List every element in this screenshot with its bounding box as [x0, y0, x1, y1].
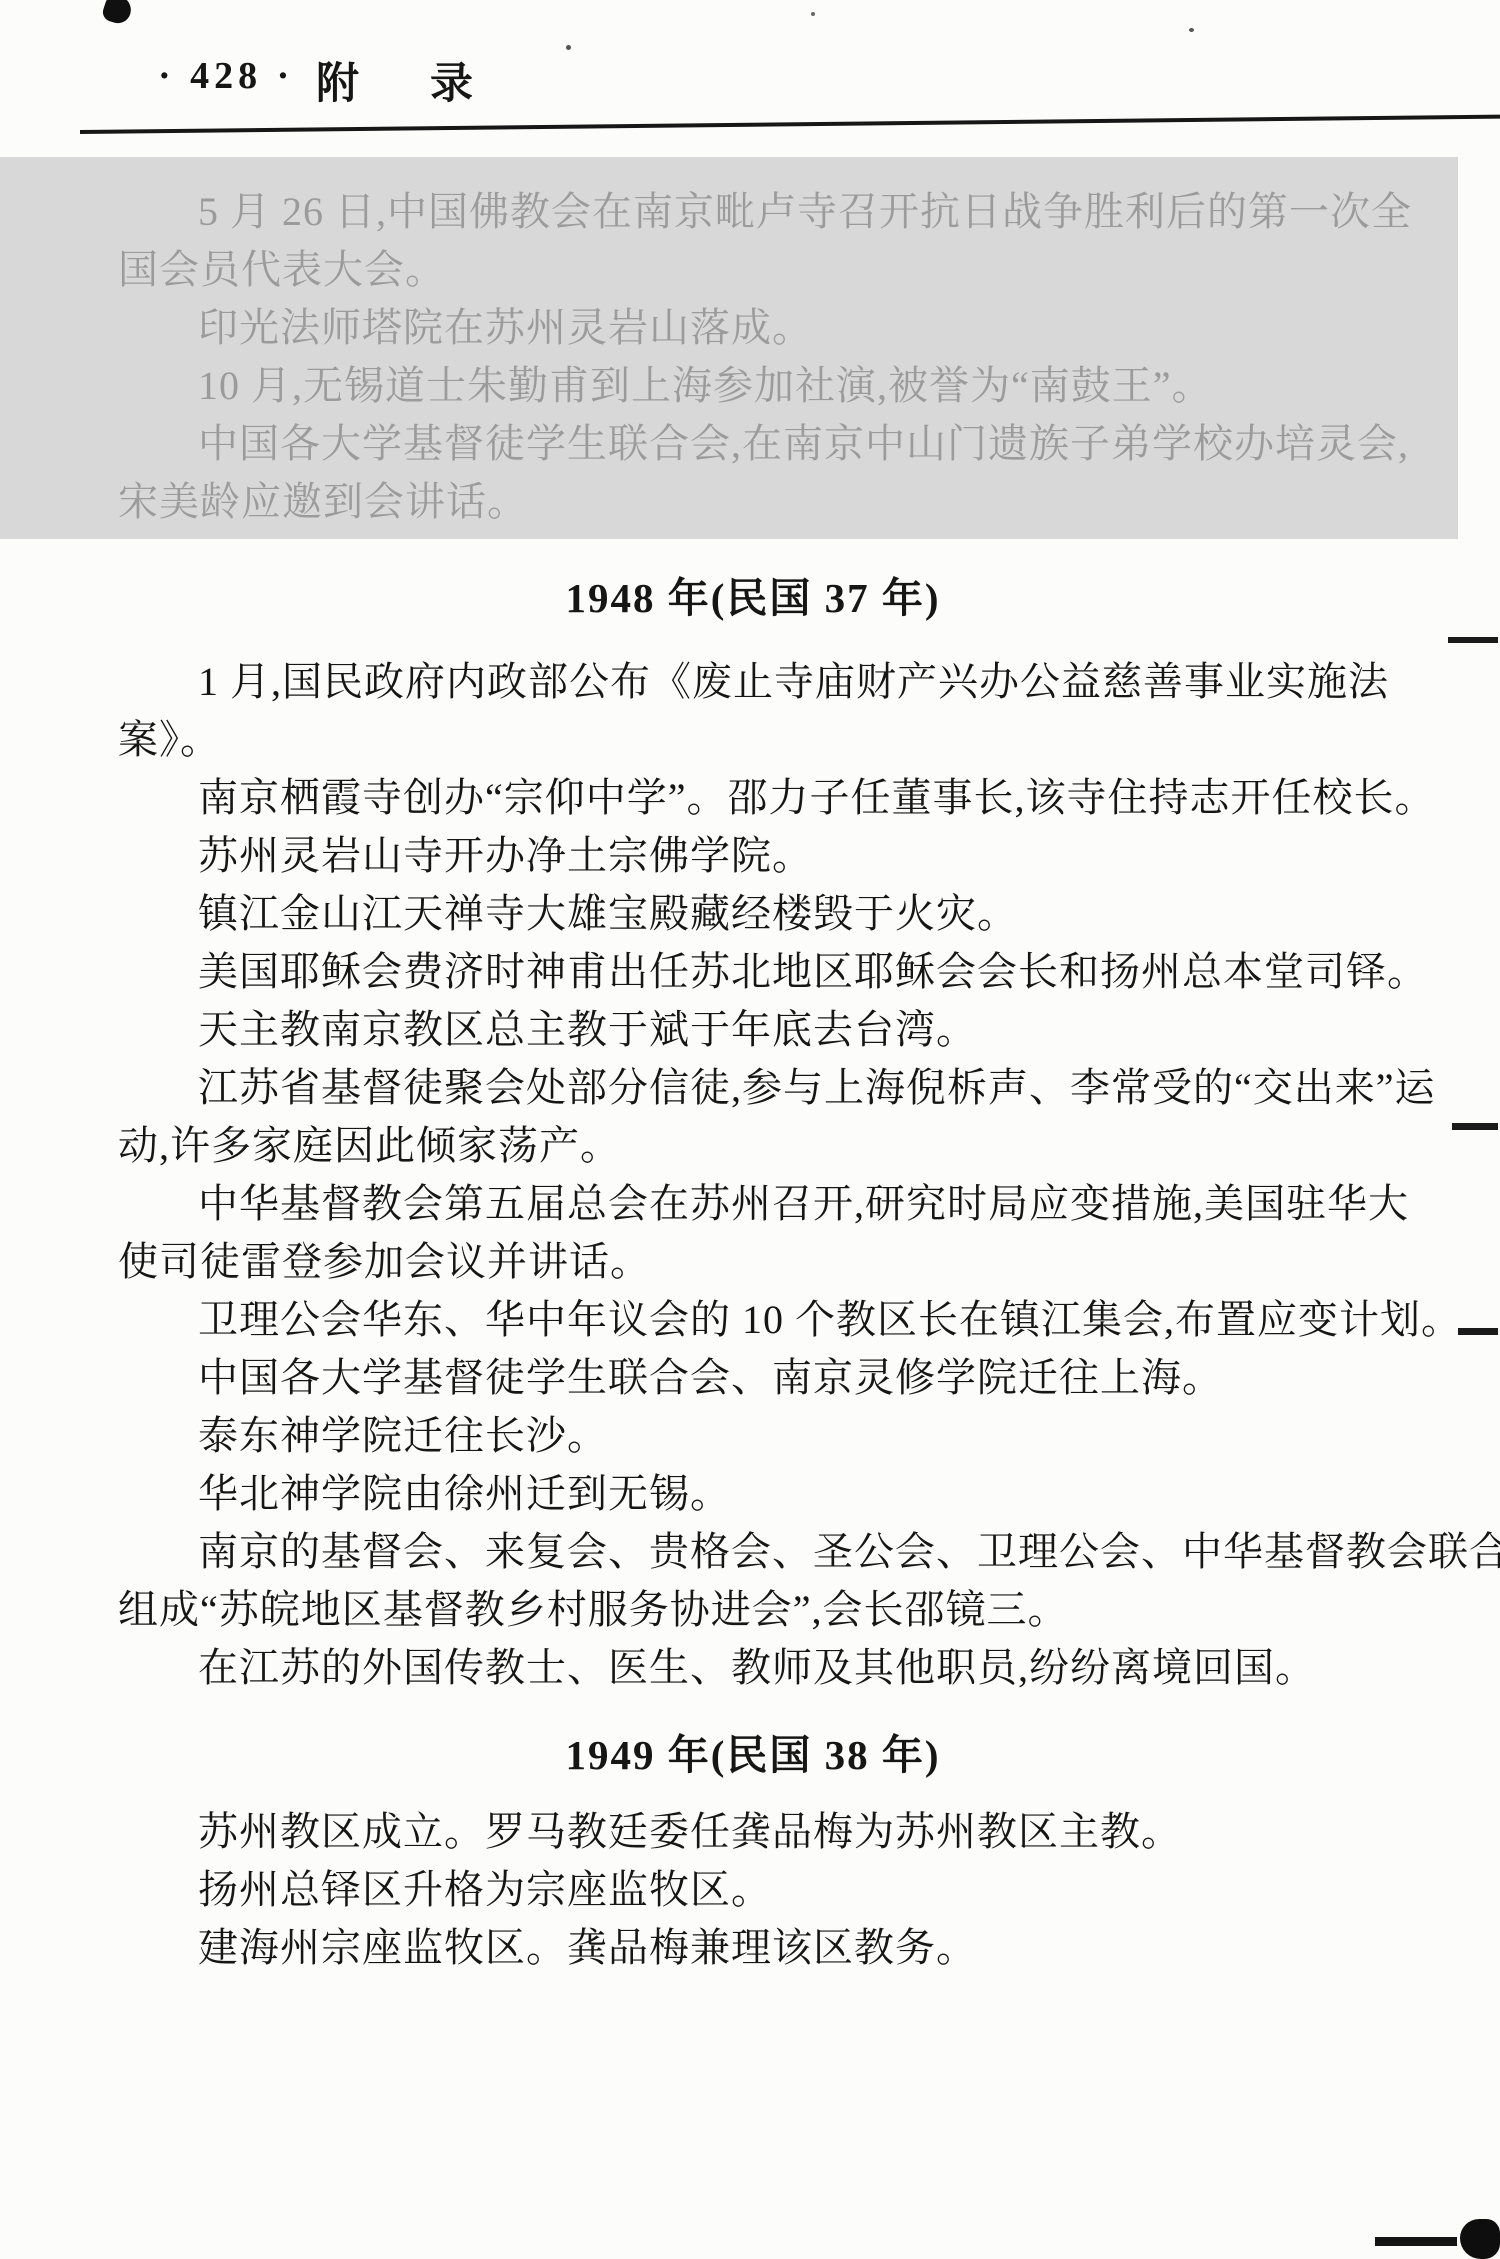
text-line: 苏州灵岩山寺开办净土宗佛学院。 — [118, 827, 1388, 885]
text-line: 华北神学院由徐州迁到无锡。 — [118, 1465, 1388, 1523]
scan-artifact-speck — [566, 45, 571, 50]
scan-artifact-dash — [1448, 637, 1498, 643]
text-line: 苏州教区成立。罗马教廷委任龚品梅为苏州教区主教。 — [118, 1803, 1388, 1861]
text-line: 组成“苏皖地区基督教乡村服务协进会”,会长邵镜三。 — [118, 1581, 1388, 1639]
text-line: 1 月,国民政府内政部公布《废止寺庙财产兴办公益慈善事业实施法 — [118, 653, 1388, 711]
page-number: · 428 · — [158, 54, 294, 98]
scan-artifact-dash — [1458, 1328, 1498, 1335]
section-1949-body: 苏州教区成立。罗马教廷委任龚品梅为苏州教区主教。 扬州总铎区升格为宗座监牧区。 … — [0, 1803, 1500, 1977]
scan-artifact-speck — [1189, 28, 1194, 32]
text-line: 江苏省基督徒聚会处部分信徒,参与上海倪柝声、李常受的“交出来”运 — [118, 1059, 1388, 1117]
appendix-title: 附 录 — [316, 50, 487, 111]
text-line: 建海州宗座监牧区。龚品梅兼理该区教务。 — [118, 1919, 1388, 1977]
text-line: 泰东神学院迁往长沙。 — [118, 1407, 1388, 1465]
text-line: 10 月,无锡道士朱勤甫到上海参加社演,被誉为“南鼓王”。 — [118, 357, 1388, 415]
section-1948-body: 1 月,国民政府内政部公布《废止寺庙财产兴办公益慈善事业实施法 案》。 南京栖霞… — [0, 653, 1500, 1697]
scan-artifact-dash — [1452, 1123, 1498, 1130]
header-rule — [80, 115, 1500, 134]
text-line: 印光法师塔院在苏州灵岩山落成。 — [118, 299, 1388, 357]
text-line: 案》。 — [118, 711, 1388, 769]
text-line: 卫理公会华东、华中年议会的 10 个教区长在镇江集会,布置应变计划。 — [118, 1291, 1388, 1349]
scanned-book-page: · 428 · 附 录 5 月 26 日,中国佛教会在南京毗卢寺召开抗日战争胜利… — [0, 0, 1500, 2259]
scan-artifact-dash — [1375, 2237, 1457, 2246]
text-line: 扬州总铎区升格为宗座监牧区。 — [118, 1861, 1388, 1919]
text-line: 5 月 26 日,中国佛教会在南京毗卢寺召开抗日战争胜利后的第一次全 — [118, 183, 1388, 241]
text-line: 国会员代表大会。 — [118, 241, 1388, 299]
text-line: 南京栖霞寺创办“宗仰中学”。邵力子任董事长,该寺住持志开任校长。 — [118, 769, 1388, 827]
text-line: 中国各大学基督徒学生联合会、南京灵修学院迁往上海。 — [118, 1349, 1388, 1407]
scan-artifact-blob — [100, 0, 134, 27]
text-line: 中国各大学基督徒学生联合会,在南京中山门遗族子弟学校办培灵会, — [118, 415, 1388, 473]
text-line: 使司徒雷登参加会议并讲话。 — [118, 1233, 1388, 1291]
text-line: 美国耶稣会费济时神甫出任苏北地区耶稣会会长和扬州总本堂司铎。 — [118, 943, 1388, 1001]
section-heading-1948: 1948 年(民国 37 年) — [118, 569, 1388, 627]
text-line: 镇江金山江天禅寺大雄宝殿藏经楼毁于火灾。 — [118, 885, 1388, 943]
text-line: 南京的基督会、来复会、贵格会、圣公会、卫理公会、中华基督教会联合 — [118, 1523, 1388, 1581]
text-line: 动,许多家庭因此倾家荡产。 — [118, 1117, 1388, 1175]
scan-artifact-blob — [1460, 2219, 1500, 2259]
page-content: 5 月 26 日,中国佛教会在南京毗卢寺召开抗日战争胜利后的第一次全 国会员代表… — [0, 157, 1500, 1977]
text-line: 天主教南京教区总主教于斌于年底去台湾。 — [118, 1001, 1388, 1059]
section-heading-1949: 1949 年(民国 38 年) — [118, 1726, 1388, 1784]
text-line: 中华基督教会第五届总会在苏州召开,研究时局应变措施,美国驻华大 — [118, 1175, 1388, 1233]
text-line: 在江苏的外国传教士、医生、教师及其他职员,纷纷离境回国。 — [118, 1639, 1388, 1697]
text-line: 宋美龄应邀到会讲话。 — [118, 473, 1388, 531]
highlight-block: 5 月 26 日,中国佛教会在南京毗卢寺召开抗日战争胜利后的第一次全 国会员代表… — [0, 157, 1458, 539]
scan-artifact-speck — [811, 12, 815, 16]
